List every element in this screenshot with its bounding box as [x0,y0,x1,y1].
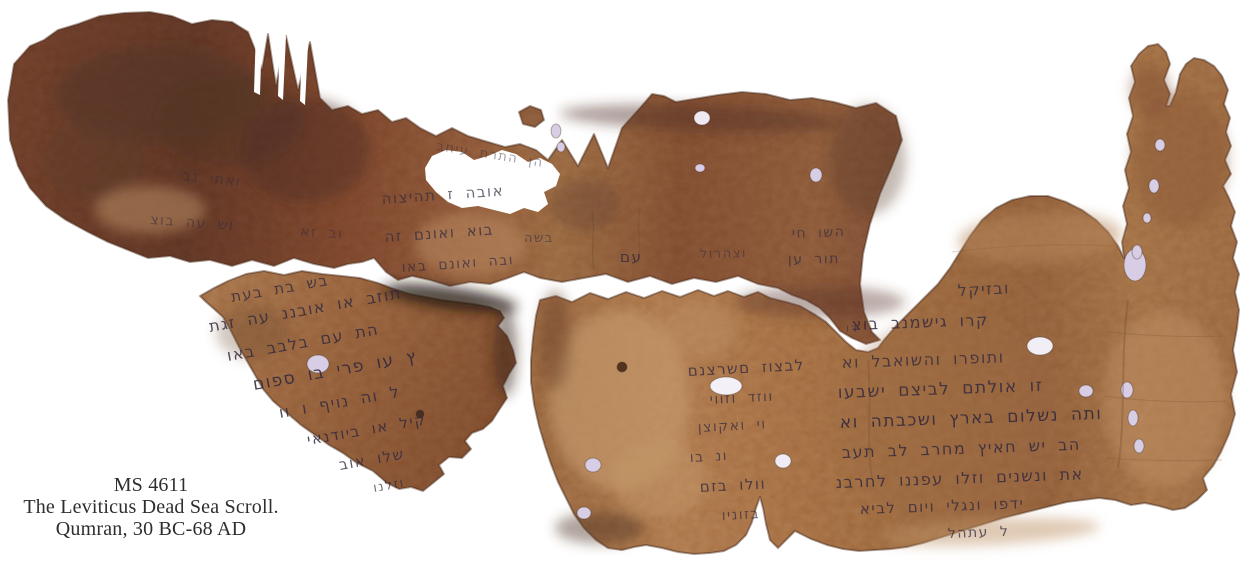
hebrew-script-line: וצהרול [700,246,747,262]
hebrew-script-line: ובזיקל [957,278,1010,300]
hebrew-script-line: ל עתהל [948,524,1010,542]
caption: MS 4611 The Leviticus Dead Sea Scroll. Q… [8,474,294,540]
hebrew-script-line: וולו בזם [699,475,766,496]
hebrew-script-line: וזלנו [372,476,406,496]
caption-provenance: Qumran, 30 BC-68 AD [8,518,294,540]
caption-shelfmark: MS 4611 [8,474,294,496]
hebrew-script-line: תור ען [788,251,840,268]
hebrew-script-line: בשה [524,231,554,246]
caption-title: The Leviticus Dead Sea Scroll. [8,496,294,518]
hebrew-script-line: וב זא [300,224,344,242]
hebrew-script-line: השו חי [792,224,846,242]
hebrew-script-line: בזוניו [721,506,760,524]
hebrew-script-line: ווזד וזווי [709,389,774,408]
hebrew-script-line: ונ בו [689,448,728,466]
scroll-photo: הן התרת עיחב ואתי נב וש עה בוצ וב זא אוב… [0,0,1241,566]
hebrew-script-line: עם [620,248,642,266]
fragment-flake-small [519,106,544,127]
